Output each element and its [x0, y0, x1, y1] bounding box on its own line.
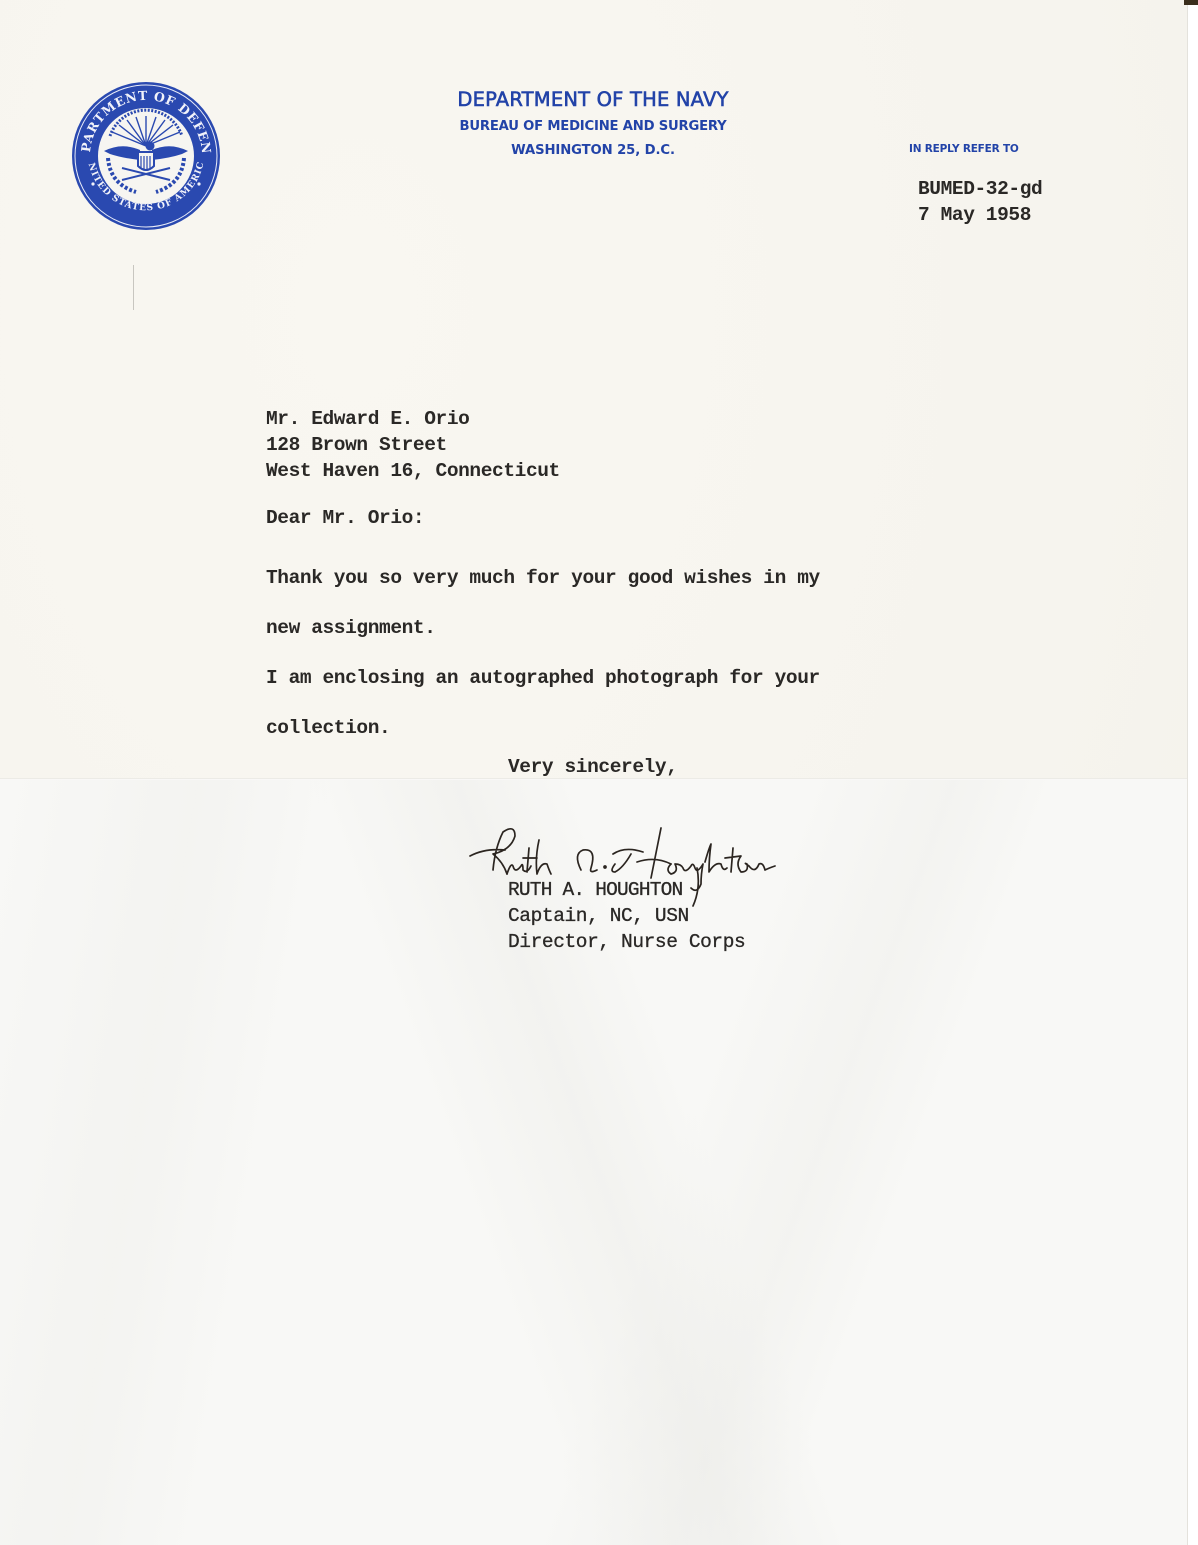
letterhead: DEPARTMENT OF THE NAVY BUREAU OF MEDICIN…	[393, 86, 793, 162]
body-line: Thank you so very much for your good wis…	[266, 553, 820, 603]
body-line: I am enclosing an autographed photograph…	[266, 653, 820, 703]
salutation: Dear Mr. Orio:	[266, 507, 424, 529]
organization-name: DEPARTMENT OF THE NAVY	[393, 86, 793, 114]
body-paragraph: Thank you so very much for your good wis…	[266, 553, 820, 653]
reference-block: BUMED-32-gd7 May 1958	[918, 176, 1042, 228]
body-line: collection.	[266, 703, 820, 753]
signer-title: Director, Nurse Corps	[508, 929, 745, 955]
letter-date: 7 May 1958	[918, 202, 1042, 228]
recipient-address: Mr. Edward E. Orio128 Brown StreetWest H…	[266, 406, 560, 484]
bureau-name: BUREAU OF MEDICINE AND SURGERY	[393, 114, 793, 140]
closing: Very sincerely,	[508, 756, 678, 778]
signer-rank: Captain, NC, USN	[508, 903, 745, 929]
fold-crease	[0, 778, 1190, 780]
signature-block: RUTH A. HOUGHTONCaptain, NC, USNDirector…	[508, 877, 745, 955]
recipient-name: Mr. Edward E. Orio	[266, 406, 560, 432]
reference-code: BUMED-32-gd	[918, 176, 1042, 202]
body-paragraph: I am enclosing an autographed photograph…	[266, 653, 820, 753]
reply-refer-label: IN REPLY REFER TO	[909, 143, 1019, 155]
body-line: new assignment.	[266, 603, 820, 653]
recipient-city: West Haven 16, Connecticut	[266, 458, 560, 484]
signer-name: RUTH A. HOUGHTON	[508, 877, 745, 903]
recipient-street: 128 Brown Street	[266, 432, 560, 458]
bureau-city: WASHINGTON 25, D.C.	[393, 140, 793, 162]
margin-mark	[133, 265, 134, 310]
department-of-defense-seal-icon: DEPARTMENT OF DEFENSE UNITED STATES OF A…	[70, 80, 222, 232]
paper-edge	[1187, 0, 1198, 1545]
